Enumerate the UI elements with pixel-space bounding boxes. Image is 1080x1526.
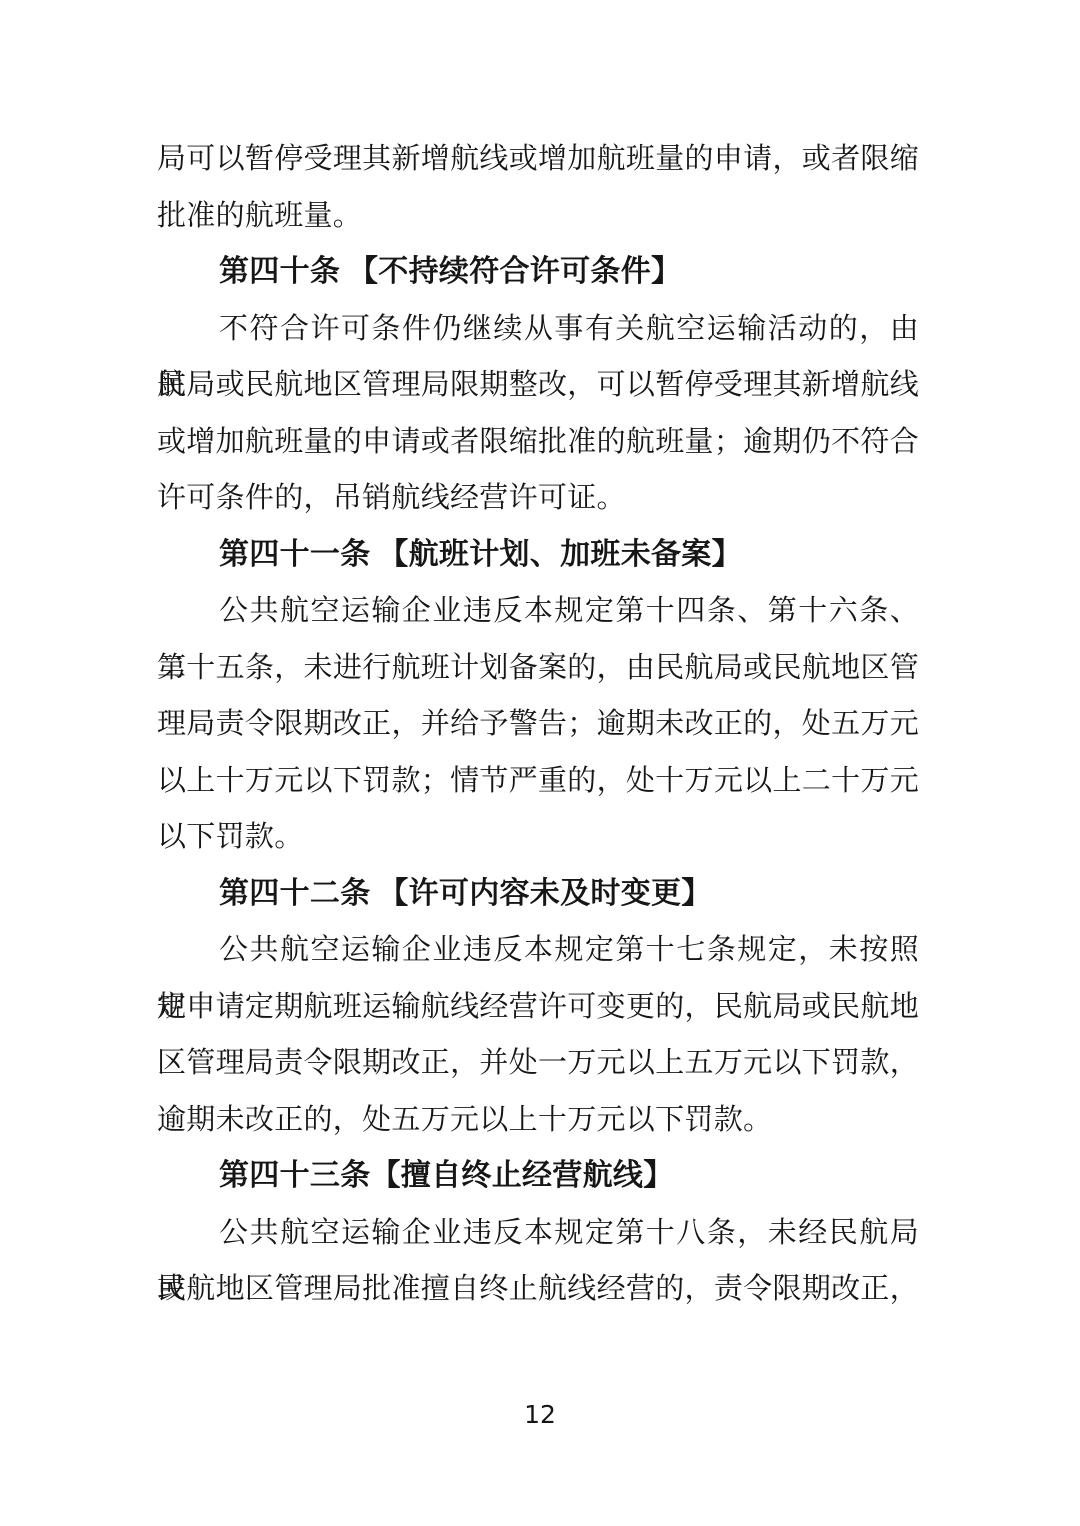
page-number: 12 [0, 1400, 1080, 1429]
paragraph-line: 定申请定期航班运输航线经营许可变更的，民航局或民航地 [157, 979, 919, 1036]
paragraph-line: 或增加航班量的申请或者限缩批准的航班量；逾期仍不符合 [157, 414, 919, 471]
paragraph-line: 二十五条，未进行航班计划备案的，由民航局或民航地区管 [157, 640, 919, 697]
paragraph-line: 民航地区管理局批准擅自终止航线经营的，责令限期改正， [157, 1261, 919, 1318]
document-text-block: 局可以暂停受理其新增航线或增加航班量的申请，或者限缩 批准的航班量。 第四十条 … [157, 131, 919, 1318]
paragraph-line: 局可以暂停受理其新增航线或增加航班量的申请，或者限缩 [157, 131, 919, 188]
paragraph-line: 以上十万元以下罚款；情节严重的，处十万元以上二十万元 [157, 753, 919, 810]
paragraph-line: 理局责令限期改正，并给予警告；逾期未改正的，处五万元 [157, 696, 919, 753]
article-42-heading: 第四十二条 【许可内容未及时变更】 [157, 866, 919, 923]
paragraph-line: 区管理局责令限期改正，并处一万元以上五万元以下罚款， [157, 1035, 919, 1092]
paragraph-line: 不符合许可条件仍继续从事有关航空运输活动的，由民 [157, 301, 919, 358]
article-41-heading: 第四十一条 【航班计划、加班未备案】 [157, 527, 919, 584]
paragraph-line: 以下罚款。 [157, 809, 919, 866]
article-43-heading: 第四十三条【擅自终止经营航线】 [157, 1148, 919, 1205]
paragraph-line: 公共航空运输企业违反本规定第十四条、第十六条、第 [157, 583, 919, 640]
paragraph-line: 公共航空运输企业违反本规定第十七条规定，未按照规 [157, 922, 919, 979]
article-40-heading: 第四十条 【不持续符合许可条件】 [157, 244, 919, 301]
document-page: { "page": { "number": "12" }, "colors": … [0, 0, 1080, 1526]
paragraph-line: 航局或民航地区管理局限期整改，可以暂停受理其新增航线 [157, 357, 919, 414]
paragraph-line: 公共航空运输企业违反本规定第十八条，未经民航局或 [157, 1205, 919, 1262]
paragraph-line: 逾期未改正的，处五万元以上十万元以下罚款。 [157, 1092, 919, 1149]
paragraph-line: 批准的航班量。 [157, 188, 919, 245]
paragraph-line: 许可条件的，吊销航线经营许可证。 [157, 470, 919, 527]
